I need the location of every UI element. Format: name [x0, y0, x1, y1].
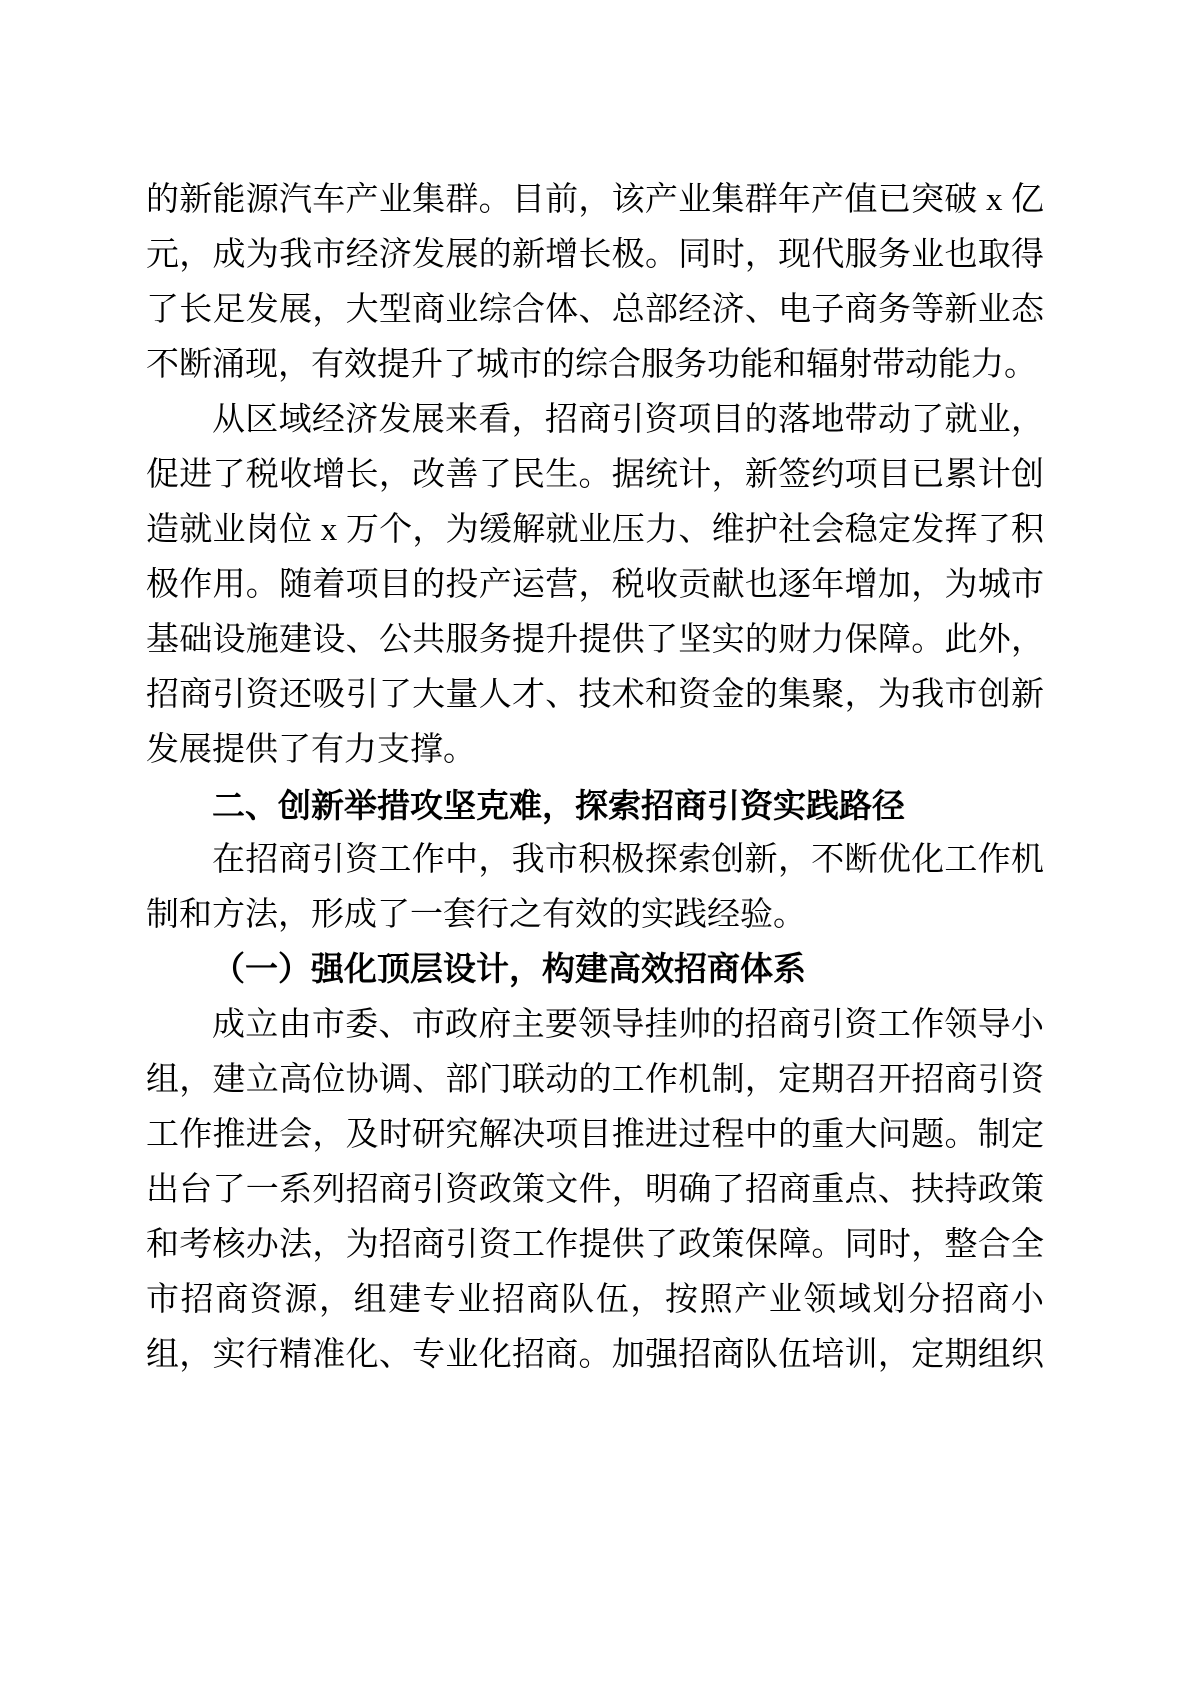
- document-page: 的新能源汽车产业集群。目前，该产业集群年产值已突破 x 亿元，成为我市经济发展的…: [0, 0, 1190, 1683]
- paragraph-industry-cluster: 的新能源汽车产业集群。目前，该产业集群年产值已突破 x 亿元，成为我市经济发展的…: [146, 173, 1044, 393]
- paragraph-regional-economy: 从区域经济发展来看，招商引资项目的落地带动了就业，促进了税收增长，改善了民生。据…: [146, 393, 1044, 778]
- paragraph-top-level-design: 成立由市委、市政府主要领导挂帅的招商引资工作领导小组，建立高位协调、部门联动的工…: [146, 998, 1044, 1383]
- document-body: 的新能源汽车产业集群。目前，该产业集群年产值已突破 x 亿元，成为我市经济发展的…: [146, 173, 1044, 1383]
- section-heading-2: 二、创新举措攻坚克难，探索招商引资实践路径: [146, 778, 1044, 833]
- subsection-heading-1: （一）强化顶层设计，构建高效招商体系: [146, 943, 1044, 998]
- paragraph-innovation-intro: 在招商引资工作中，我市积极探索创新，不断优化工作机制和方法，形成了一套行之有效的…: [146, 833, 1044, 943]
